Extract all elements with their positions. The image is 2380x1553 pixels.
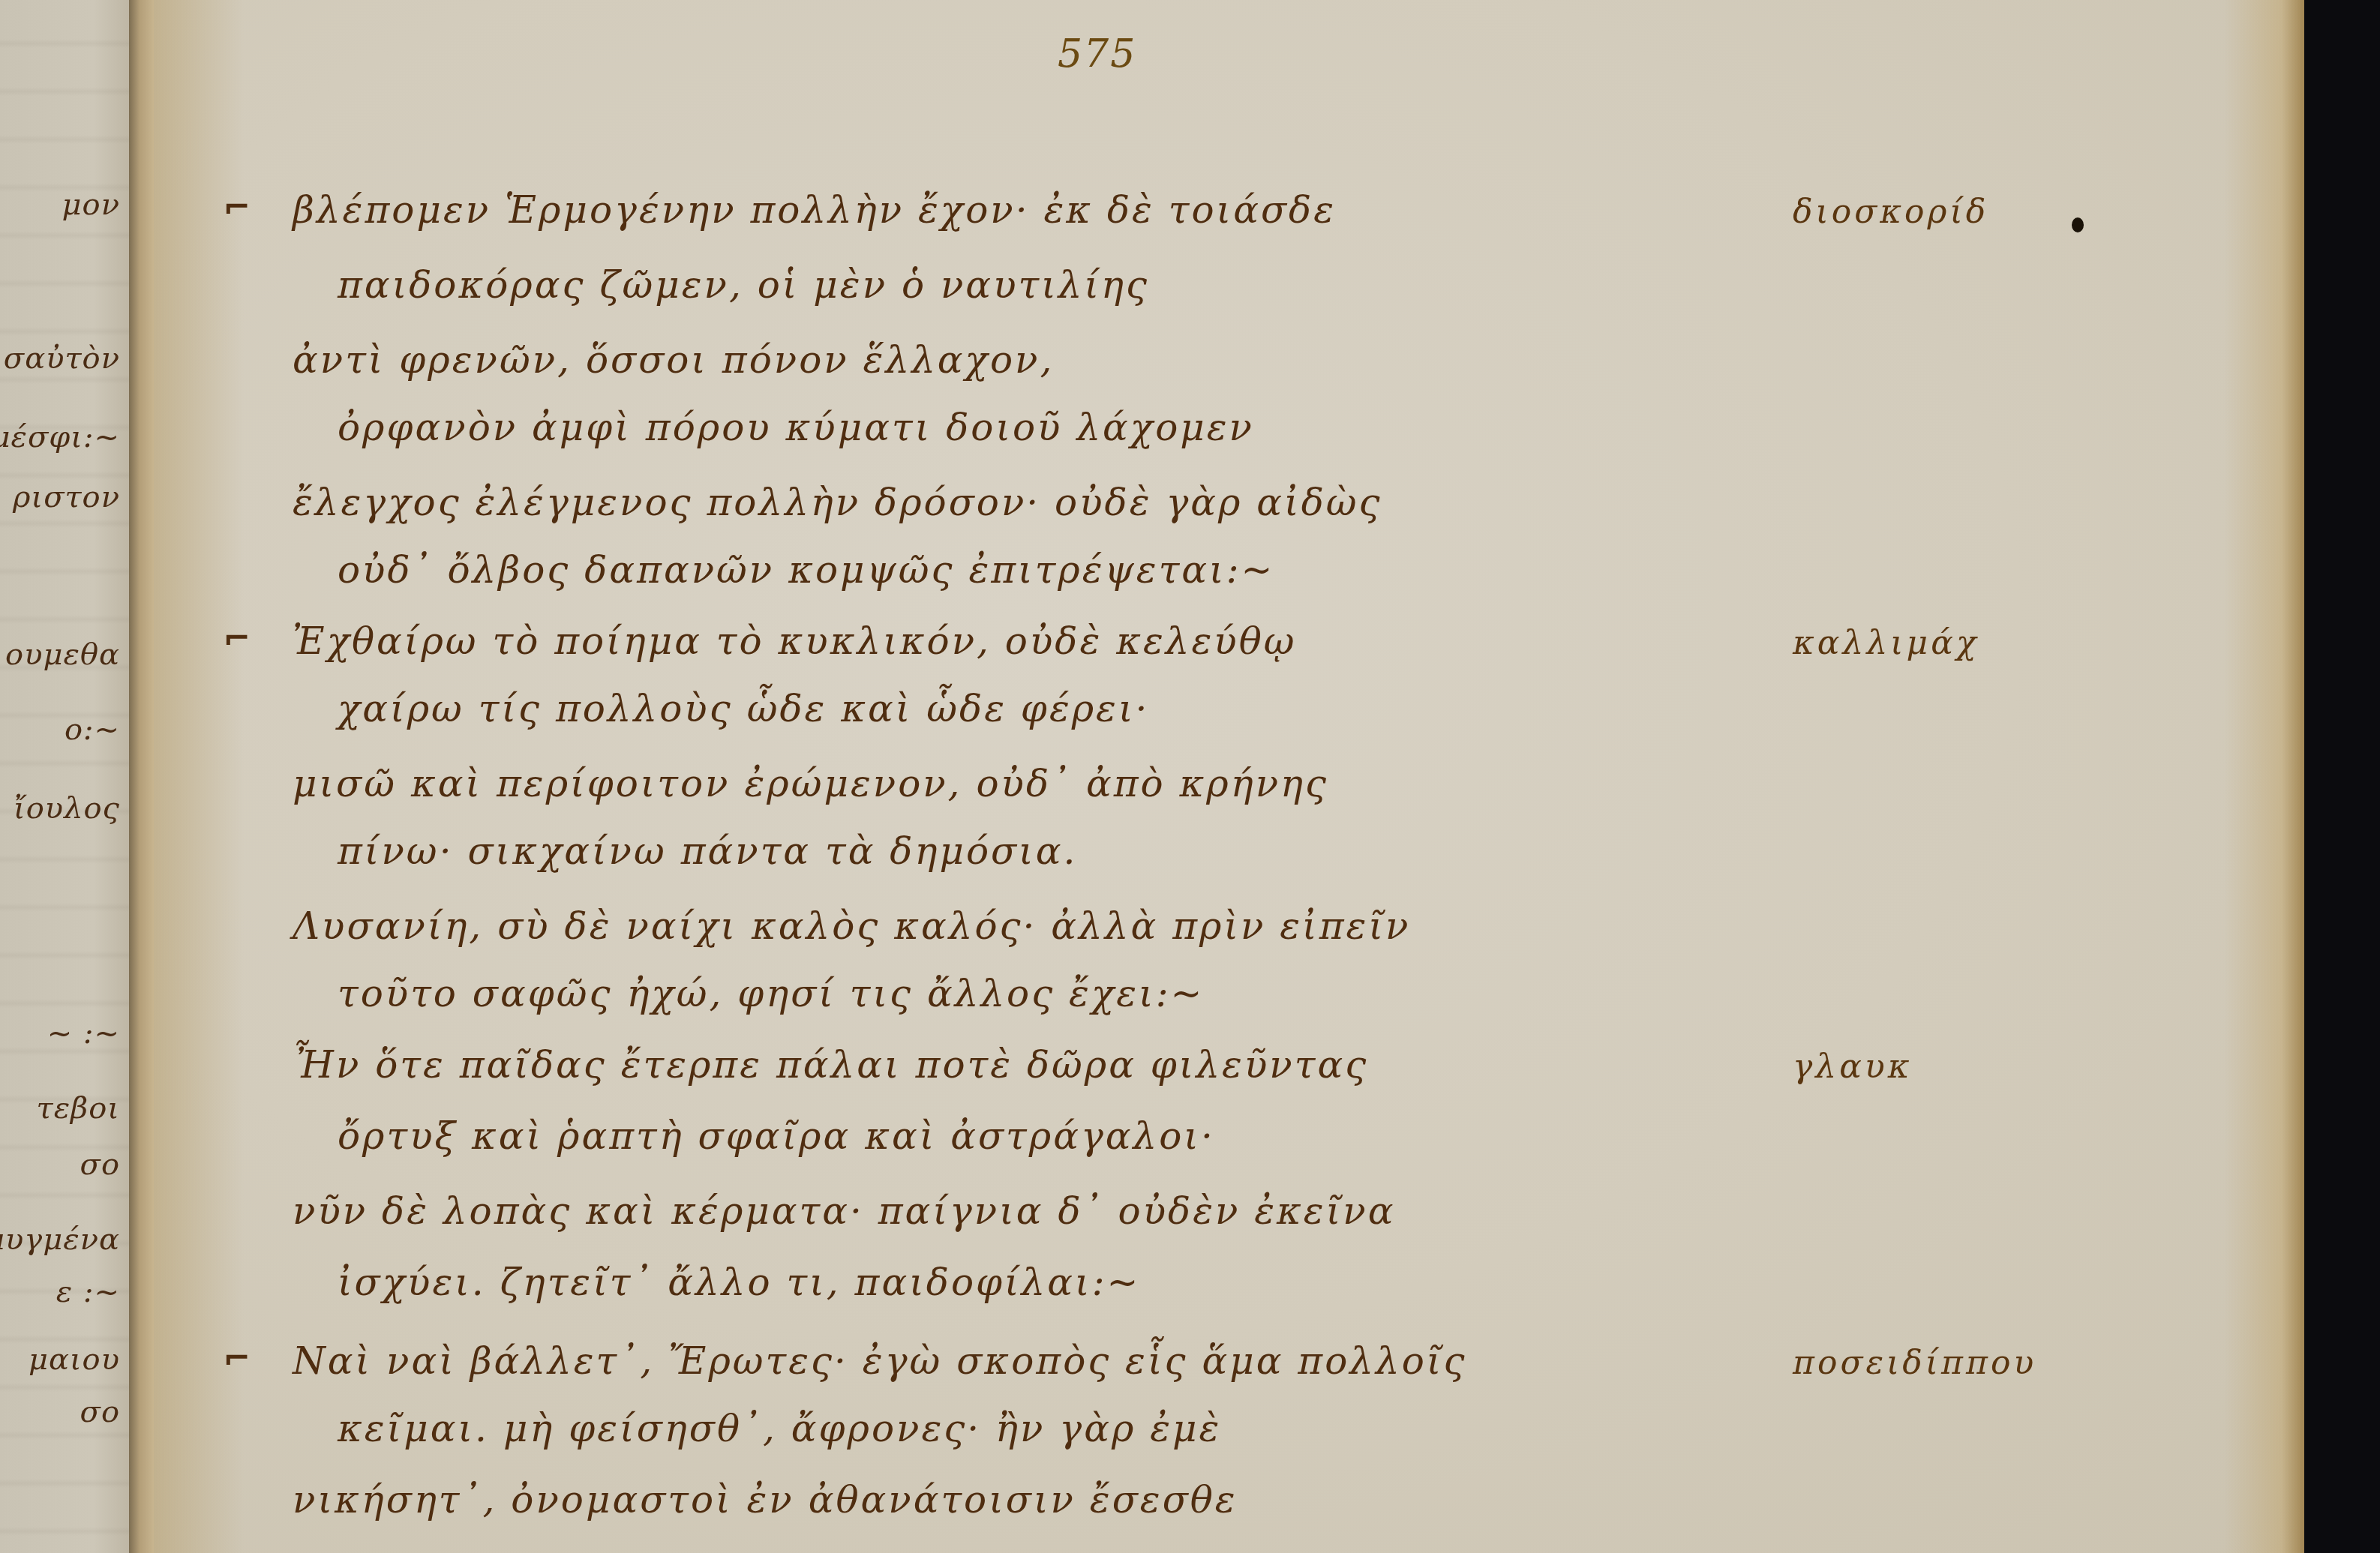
facing-page-fragment: σο <box>80 1147 120 1182</box>
manuscript-line: ἔλεγχος ἐλέγμενος πολλὴν δρόσον· οὐδὲ γὰ… <box>293 484 1382 521</box>
manuscript-line: νικήσητ᾽, ὀνομαστοὶ ἐν ἀθανάτοισιν ἔσεσθ… <box>293 1481 1238 1519</box>
ruling-bleed <box>0 0 134 1553</box>
facing-page-fragment: ε :~ <box>56 1275 120 1309</box>
paragraphus-mark-icon: ⌐ <box>223 619 251 658</box>
manuscript-line: ὀρφανὸν ἀμφὶ πόρου κύματι δοιοῦ λάχομεν <box>338 409 1254 446</box>
author-attribution: διοσκορίδ <box>1793 193 1988 231</box>
manuscript-line: Ἦν ὅτε παῖδας ἔτερπε πάλαι ποτὲ δῶρα φιλ… <box>293 1046 1368 1084</box>
facing-page-verso: μονσαὐτὸνμέσφι:~ριστονουμεθαο:~ἴουλος~ :… <box>0 0 134 1553</box>
author-attribution: ποσειδίππου <box>1793 1344 2036 1382</box>
manuscript-line: ἀντὶ φρενῶν, ὅσσοι πόνον ἕλλαχον, <box>293 341 1054 379</box>
manuscript-line: Ἐχθαίρω τὸ ποίημα τὸ κυκλικόν, οὐδὲ κελε… <box>293 622 1297 660</box>
facing-page-fragment: σο <box>80 1395 120 1429</box>
background-backdrop <box>2304 0 2380 1553</box>
manuscript-line: ὄρτυξ καὶ ῥαπτὴ σφαῖρα καὶ ἀστράγαλοι· <box>338 1117 1215 1155</box>
manuscript-line: πίνω· σικχαίνω πάντα τὰ δημόσια. <box>338 832 1077 870</box>
author-attribution: γλαυκ <box>1793 1048 1913 1086</box>
main-text-block: ⌐βλέπομεν Ἑρμογένην πολλὴν ἔχον· ἐκ δὲ τ… <box>154 0 2306 1553</box>
manuscript-line: κεῖμαι. μὴ φείσησθ᾽, ἄφρονες· ἢν γὰρ ἐμὲ <box>338 1410 1221 1447</box>
manuscript-line: χαίρω τίς πολλοὺς ὧδε καὶ ὧδε φέρει· <box>338 690 1149 727</box>
manuscript-line: οὐδ᾽ ὄλβος δαπανῶν κομψῶς ἐπιτρέψεται:~ <box>338 551 1274 589</box>
facing-page-fragment: ἴουλος <box>14 791 120 826</box>
manuscript-line: τοῦτο σαφῶς ἠχώ, φησί τις ἄλλος ἔχει:~ <box>338 975 1204 1012</box>
facing-page-fragment: αμυγμένα <box>0 1222 120 1257</box>
manuscript-line: παιδοκόρας ζῶμεν, οἱ μὲν ὁ ναυτιλίης <box>338 266 1149 304</box>
facing-page-fragment: τεβοι <box>37 1091 120 1126</box>
manuscript-line: Λυσανίη, σὺ δὲ ναίχι καλὸς καλός· ἀλλὰ π… <box>293 907 1410 945</box>
facing-page-fragment: ουμεθα <box>5 637 120 672</box>
manuscript-line: Ναὶ ναὶ βάλλετ᾽, Ἔρωτες· ἐγὼ σκοπὸς εἷς … <box>293 1342 1466 1380</box>
manuscript-page-recto: 575 ⌐βλέπομεν Ἑρμογένην πολλὴν ἔχον· ἐκ … <box>154 0 2306 1553</box>
facing-page-fragment: μαιου <box>29 1342 120 1377</box>
facing-page-fragment: μέσφι:~ <box>0 420 120 454</box>
author-attribution: καλλιμάχ <box>1793 624 1979 662</box>
manuscript-line: ἰσχύει. ζητεῖτ᾽ ἄλλο τι, παιδοφίλαι:~ <box>338 1264 1140 1301</box>
manuscript-line: νῦν δὲ λοπὰς καὶ κέρματα· παίγνια δ᾽ οὐδ… <box>293 1192 1395 1230</box>
manuscript-line: βλέπομεν Ἑρμογένην πολλὴν ἔχον· ἐκ δὲ το… <box>293 191 1336 229</box>
manuscript-line: μισῶ καὶ περίφοιτον ἐρώμενον, οὐδ᾽ ἀπὸ κ… <box>293 765 1328 802</box>
facing-page-fragment: ριστον <box>13 480 120 514</box>
facing-page-fragment: μον <box>62 187 120 222</box>
ink-blot <box>2072 217 2084 232</box>
facing-page-fragment: ~ :~ <box>47 1016 120 1051</box>
paragraphus-mark-icon: ⌐ <box>223 1339 251 1378</box>
facing-page-fragment: ο:~ <box>65 712 120 747</box>
paragraphus-mark-icon: ⌐ <box>223 188 251 226</box>
facing-page-fragment: σαὐτὸν <box>4 341 120 376</box>
